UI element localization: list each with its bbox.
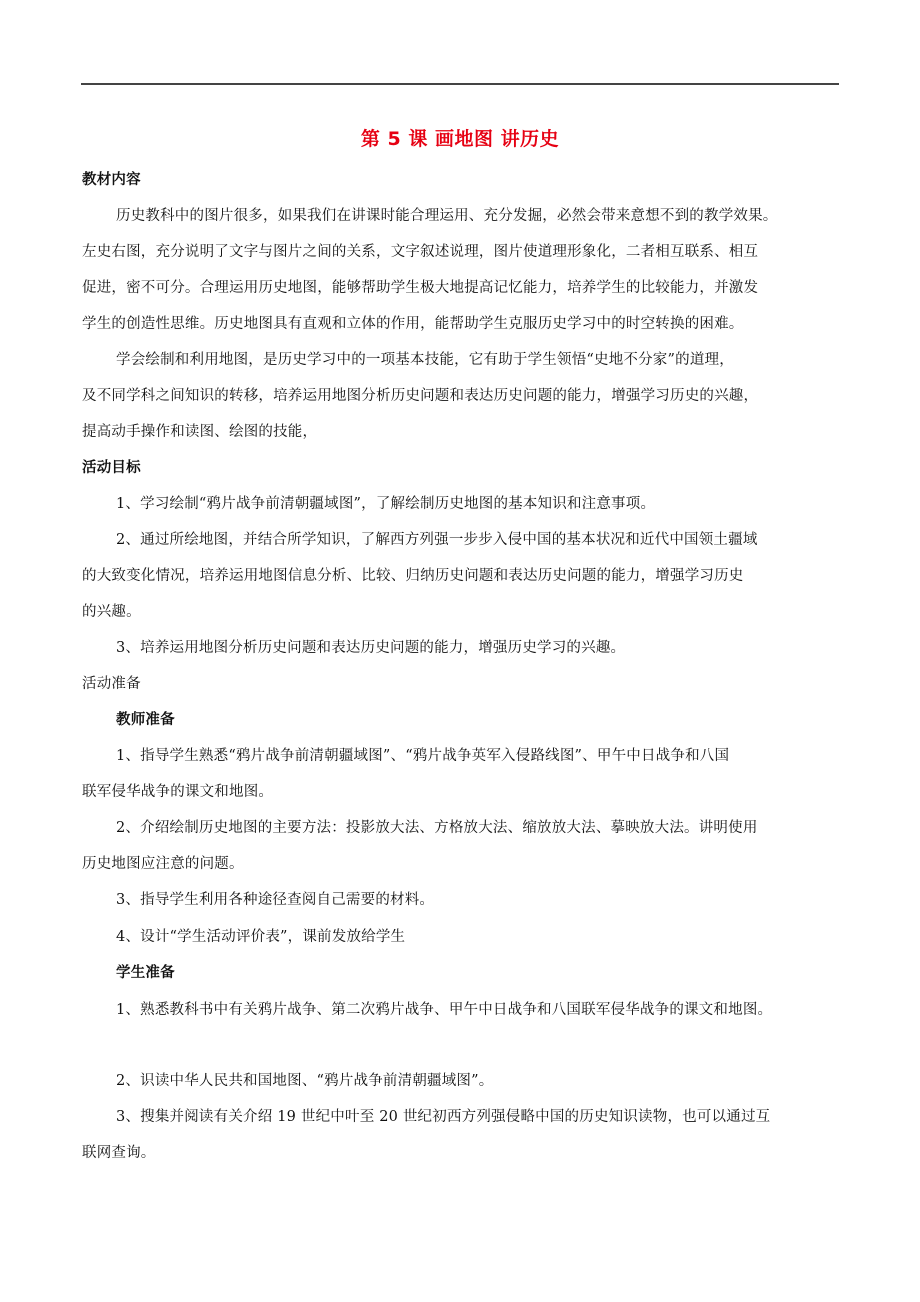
paragraph-line: 及不同学科之间知识的转移，培养运用地图分析历史问题和表达历史问题的能力，增强学习… [82,386,758,406]
teacher-prep-item: 3、指导学生利用各种途径查阅自己需要的材料。 [116,890,434,910]
goal-item-continued: 的大致变化情况，培养运用地图信息分析、比较、归纳历史问题和表达历史问题的能力，增… [82,566,744,586]
teacher-prep-item: 2、介绍绘制历史地图的主要方法：投影放大法、方格放大法、缩放放大法、摹映放大法。… [116,818,758,838]
goal-item: 3、培养运用地图分析历史问题和表达历史问题的能力，增强历史学习的兴趣。 [116,638,625,658]
paragraph-line: 学会绘制和利用地图，是历史学习中的一项基本技能，它有助于学生领悟“史地不分家”的… [116,350,734,370]
paragraph-line: 促进，密不可分。合理运用历史地图，能够帮助学生极大地提高记忆能力，培养学生的比较… [82,278,758,298]
paragraph-line: 提高动手操作和读图、绘图的技能， [82,422,317,442]
goal-item: 1、学习绘制“鸦片战争前清朝疆域图”，了解绘制历史地图的基本知识和注意事项。 [116,494,655,514]
teacher-prep-item-continued: 联军侵华战争的课文和地图。 [82,782,273,802]
paragraph-line: 历史教科中的图片很多，如果我们在讲课时能合理运用、充分发掘，必然会带来意想不到的… [116,206,778,226]
subheading-teacher-prep: 教师准备 [116,710,175,730]
subheading-student-prep: 学生准备 [116,963,175,983]
student-prep-item: 3、搜集并阅读有关介绍 19 世纪中叶至 20 世纪初西方列强侵略中国的历史知识… [116,1107,770,1127]
goal-item-continued: 的兴趣。 [82,602,141,622]
student-prep-item-continued: 联网查询。 [82,1143,156,1163]
student-prep-item: 2、识读中华人民共和国地图、“鸦片战争前清朝疆域图”。 [116,1071,493,1091]
teacher-prep-item-continued: 历史地图应注意的问题。 [82,854,244,874]
teacher-prep-item: 1、指导学生熟悉“鸦片战争前清朝疆域图”、“鸦片战争英军入侵路线图”、甲午中日战… [116,746,729,766]
section-heading-goals: 活动目标 [82,458,141,478]
goal-item: 2、通过所绘地图，并结合所学知识，了解西方列强一步步入侵中国的基本状况和近代中国… [116,530,758,550]
teacher-prep-item: 4、设计“学生活动评价表”，课前发放给学生 [116,927,405,947]
paragraph-line: 学生的创造性思维。历史地图具有直观和立体的作用，能帮助学生克服历史学习中的时空转… [82,314,744,334]
header-rule [81,83,839,85]
document-title: 第 5 课 画地图 讲历史 [0,124,920,151]
section-heading-content: 教材内容 [82,170,141,190]
paragraph-line: 左史右图，充分说明了文字与图片之间的关系，文字叙述说理，图片使道理形象化，二者相… [82,242,758,262]
section-heading-prep: 活动准备 [82,674,141,694]
student-prep-item: 1、熟悉教科书中有关鸦片战争、第二次鸦片战争、甲午中日战争和八国联军侵华战争的课… [116,1000,772,1020]
